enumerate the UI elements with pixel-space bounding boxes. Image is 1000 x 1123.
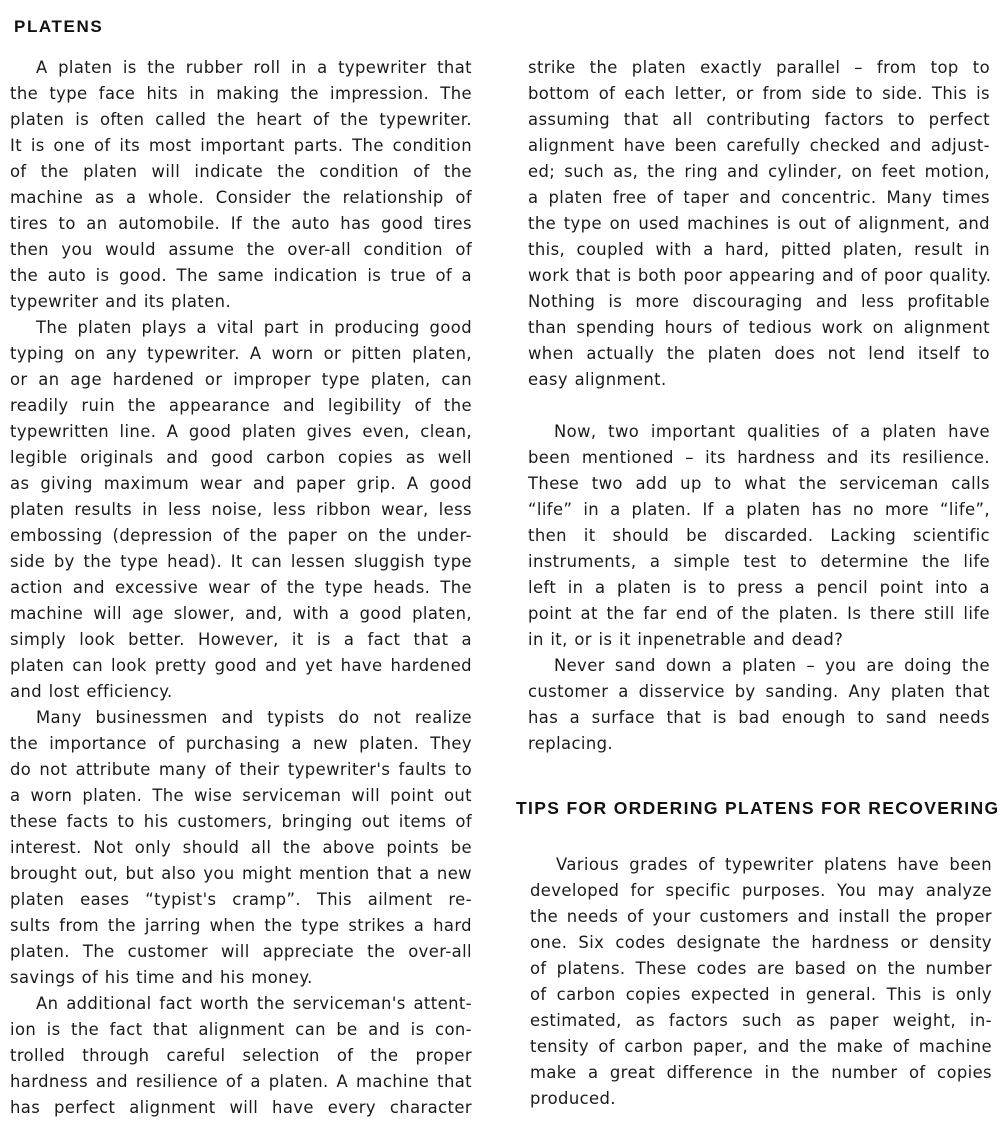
paragraph-platen-definition: A platen is the rubber roll in a typewri… — [10, 55, 472, 315]
right-column: strike the platen exactly parallel – fro… — [528, 55, 990, 757]
text-line: side by the type head). It can lessen sl… — [10, 549, 472, 575]
text-line: produced. — [530, 1086, 992, 1112]
text-line: the type on used machines is out of alig… — [528, 211, 990, 237]
text-line: The platen plays a vital part in produci… — [10, 315, 472, 341]
text-line: work that is both poor appearing and of … — [528, 263, 990, 289]
text-line: developed for specific purposes. You may… — [530, 878, 992, 904]
text-line: ed; such as, the ring and cylinder, on f… — [528, 159, 990, 185]
text-line: “life” in a platen. If a platen has no m… — [528, 497, 990, 523]
text-line: the type face hits in making the impress… — [10, 81, 472, 107]
text-line: do not attribute many of their typewrite… — [10, 757, 472, 783]
text-line: the importance of purchasing a new plate… — [10, 731, 472, 757]
paragraph-hardness-resilience: Now, two important qualities of a platen… — [528, 419, 990, 653]
text-line: hardness and resilience of a platen. A m… — [10, 1069, 472, 1095]
paragraph-alignment: An additional fact worth the serviceman'… — [10, 991, 472, 1121]
text-line: alignment have been carefully checked an… — [528, 133, 990, 159]
text-line: embossing (depression of the paper on th… — [10, 523, 472, 549]
text-line: estimated, as factors such as paper weig… — [530, 1008, 992, 1034]
text-line: Now, two important qualities of a platen… — [528, 419, 990, 445]
text-line: of carbon copies expected in general. Th… — [530, 982, 992, 1008]
text-line: of platens. These codes are based on the… — [530, 956, 992, 982]
text-line: platen can look pretty good and yet have… — [10, 653, 472, 679]
paragraph-strike-parallel: strike the platen exactly parallel – fro… — [528, 55, 990, 393]
paragraph-never-sand: Never sand down a platen – you are doing… — [528, 653, 990, 757]
text-line: bottom of each letter, or from side to s… — [528, 81, 990, 107]
text-line: these facts to his customers, bringing o… — [10, 809, 472, 835]
text-line: typing on any typewriter. A worn or pitt… — [10, 341, 472, 367]
paragraph-gap — [528, 393, 990, 419]
text-line: point at the far end of the platen. Is t… — [528, 601, 990, 627]
text-line: tires to an automobile. If the auto has … — [10, 211, 472, 237]
text-line: and lost efficiency. — [10, 679, 472, 705]
text-line: make a great difference in the number of… — [530, 1060, 992, 1086]
text-line: strike the platen exactly parallel – fro… — [528, 55, 990, 81]
text-line: in it, or is it inpenetrable and dead? — [528, 627, 990, 653]
text-line: the auto is good. The same indication is… — [10, 263, 472, 289]
left-column: A platen is the rubber roll in a typewri… — [10, 55, 472, 1121]
text-line: a worn platen. The wise serviceman will … — [10, 783, 472, 809]
text-line: easy alignment. — [528, 367, 990, 393]
text-line: one. Six codes designate the hardness or… — [530, 930, 992, 956]
text-line: An additional fact worth the serviceman'… — [10, 991, 472, 1017]
text-line: Never sand down a platen – you are doing… — [528, 653, 990, 679]
text-line: These two add up to what the serviceman … — [528, 471, 990, 497]
text-line: or an age hardened or improper type plat… — [10, 367, 472, 393]
text-line: customer a disservice by sanding. Any pl… — [528, 679, 990, 705]
text-line: of the platen will indicate the conditio… — [10, 159, 472, 185]
section-heading-tips: TIPS FOR ORDERING PLATENS FOR RECOVERING — [516, 798, 999, 819]
text-line: A platen is the rubber roll in a typewri… — [10, 55, 472, 81]
text-line: platen eases “typist's cramp”. This ailm… — [10, 887, 472, 913]
text-line: been mentioned – its hardness and its re… — [528, 445, 990, 471]
section-heading-platens: PLATENS — [14, 17, 103, 37]
text-line: platen. The customer will appreciate the… — [10, 939, 472, 965]
text-line: ion is the fact that alignment can be an… — [10, 1017, 472, 1043]
text-line: brought out, but also you might mention … — [10, 861, 472, 887]
paragraph-businessmen: Many businessmen and typists do not real… — [10, 705, 472, 991]
text-line: a platen free of taper and concentric. M… — [528, 185, 990, 211]
text-line: machine will age slower, and, with a goo… — [10, 601, 472, 627]
text-line: than spending hours of tedious work on a… — [528, 315, 990, 341]
paragraph-vital-part: The platen plays a vital part in produci… — [10, 315, 472, 705]
text-line: simply look better. However, it is a fac… — [10, 627, 472, 653]
document-page: PLATENS A platen is the rubber roll in a… — [0, 0, 1000, 1123]
text-line: trolled through careful selection of the… — [10, 1043, 472, 1069]
paragraph-grades-of-platens: Various grades of typewriter platens hav… — [530, 852, 992, 1112]
text-line: Many businessmen and typists do not real… — [10, 705, 472, 731]
text-line: legible originals and good carbon copies… — [10, 445, 472, 471]
text-line: platen is often called the heart of the … — [10, 107, 472, 133]
text-line: It is one of its most important parts. T… — [10, 133, 472, 159]
text-line: interest. Not only should all the above … — [10, 835, 472, 861]
text-line: platen results in less noise, less ribbo… — [10, 497, 472, 523]
text-line: Nothing is more discouraging and less pr… — [528, 289, 990, 315]
text-line: has a surface that is bad enough to sand… — [528, 705, 990, 731]
text-line: replacing. — [528, 731, 990, 757]
text-line: tensity of carbon paper, and the make of… — [530, 1034, 992, 1060]
text-line: as giving maximum wear and paper grip. A… — [10, 471, 472, 497]
text-line: action and excessive wear of the type he… — [10, 575, 472, 601]
text-line: has perfect alignment will have every ch… — [10, 1095, 472, 1121]
tips-column: Various grades of typewriter platens hav… — [530, 852, 992, 1112]
text-line: instruments, a simple test to determine … — [528, 549, 990, 575]
text-line: the needs of your customers and install … — [530, 904, 992, 930]
text-line: Various grades of typewriter platens hav… — [530, 852, 992, 878]
text-line: this, coupled with a hard, pitted platen… — [528, 237, 990, 263]
text-line: typewriter and its platen. — [10, 289, 472, 315]
text-line: sults from the jarring when the type str… — [10, 913, 472, 939]
text-line: typewritten line. A good platen gives ev… — [10, 419, 472, 445]
text-line: machine as a whole. Consider the relatio… — [10, 185, 472, 211]
text-line: left in a platen is to press a pencil po… — [528, 575, 990, 601]
text-line: readily ruin the appearance and legibili… — [10, 393, 472, 419]
text-line: savings of his time and his money. — [10, 965, 472, 991]
text-line: when actually the platen does not lend i… — [528, 341, 990, 367]
text-line: then you would assume the over-all condi… — [10, 237, 472, 263]
text-line: assuming that all contributing factors t… — [528, 107, 990, 133]
text-line: then it should be discarded. Lacking sci… — [528, 523, 990, 549]
